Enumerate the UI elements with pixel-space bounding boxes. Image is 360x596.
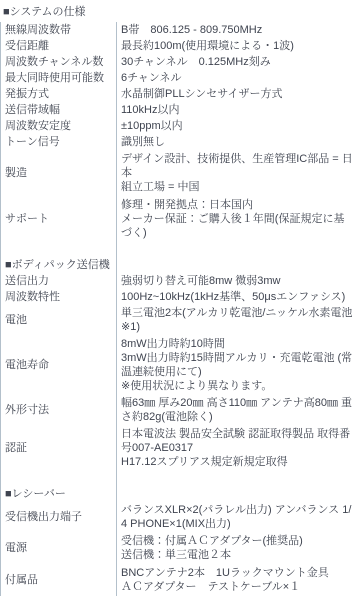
spec-label-battery-life: 電池寿命: [1, 335, 117, 395]
spec-label-transmission-bandwidth: 送信帯域幅: [1, 102, 117, 118]
spec-value-oscillation-method: 水晶制御PLLシンセサイザー方式: [117, 86, 360, 102]
spec-label-support: サポート: [1, 196, 117, 242]
section-row-bodypack-transmitter: ■ボディパック送信機: [1, 242, 360, 273]
spec-value-transmission-output: 強弱切り替え可能8mw 微弱3mw: [117, 273, 360, 289]
spec-label-accessories: 付属品: [1, 564, 117, 596]
table-row: 受信距離 最長約100m(使用環境による・1波): [1, 38, 360, 54]
spec-value-transmission-bandwidth: 110kHz以内: [117, 102, 360, 118]
table-row: 周波数安定度 ±10ppm以内: [1, 118, 360, 134]
spec-label-battery: 電池: [1, 305, 117, 335]
table-row: 電池 単三電池2本(アルカリ乾電池/ニッケル水素電池※1): [1, 305, 360, 335]
spec-value-certification: 日本電波法 製品安全試験 認証取得製品 取得番号007-AE0317 H17.1…: [117, 425, 360, 471]
spec-value-battery-life: 8mW出力時約10時間 3mW出力時約15時間アルカリ・充電乾電池 (常温連続使…: [117, 335, 360, 395]
spec-value-tone-signal: 識別無し: [117, 134, 360, 150]
spec-label-frequency-channels: 周波数チャンネル数: [1, 54, 117, 70]
spec-value-support: 修理・開発拠点：日本国内 メーカー保証：ご購入後１年間(保証規定に基づく): [117, 196, 360, 242]
spec-value-manufacturing: デザイン設計、技術提供、生産管理IC部品 = 日本 組立工場 = 中国: [117, 150, 360, 196]
spec-value-frequency-stability: ±10ppm以内: [117, 118, 360, 134]
spec-value-dimensions: 幅63㎜ 厚み20㎜ 高さ110㎜ アンテナ高80㎜ 重さ約82g(電池除く): [117, 395, 360, 425]
page-title: ■システムの仕様: [3, 5, 360, 19]
spec-label-frequency-response: 周波数特性: [1, 289, 117, 305]
spec-label-radio-frequency-band: 無線周波数帯: [1, 22, 117, 38]
table-row: 電池寿命 8mW出力時約10時間 3mW出力時約15時間アルカリ・充電乾電池 (…: [1, 335, 360, 395]
spec-value-reception-distance: 最長約100m(使用環境による・1波): [117, 38, 360, 54]
table-row: 電源 受信機：付属ＡＣアダプター(推奨品) 送信機：単三電池２本: [1, 532, 360, 564]
table-row: 認証 日本電波法 製品安全試験 認証取得製品 取得番号007-AE0317 H1…: [1, 425, 360, 471]
table-row: 送信帯域幅 110kHz以内: [1, 102, 360, 118]
section-spacer: [117, 242, 360, 273]
spec-value-frequency-channels: 30チャンネル 0.125MHz刻み: [117, 54, 360, 70]
table-row: 送信出力 強弱切り替え可能8mw 微弱3mw: [1, 273, 360, 289]
spec-table: 無線周波数帯 B帯 806.125 - 809.750MHz 受信距離 最長約1…: [0, 22, 360, 596]
table-row: 付属品 BNCアンテナ2本 1Uラックマウント金具 ＡＣアダプター テストケーブ…: [1, 564, 360, 596]
spec-value-battery: 単三電池2本(アルカリ乾電池/ニッケル水素電池※1): [117, 305, 360, 335]
spec-label-manufacturing: 製造: [1, 150, 117, 196]
table-row: 外形寸法 幅63㎜ 厚み20㎜ 高さ110㎜ アンテナ高80㎜ 重さ約82g(電…: [1, 395, 360, 425]
spec-value-receiver-output-terminal: バランスXLR×2(パラレル出力) アンバランス 1/4 PHONE×1(MIX…: [117, 502, 360, 532]
table-row: 製造 デザイン設計、技術提供、生産管理IC部品 = 日本 組立工場 = 中国: [1, 150, 360, 196]
spec-value-radio-frequency-band: B帯 806.125 - 809.750MHz: [117, 22, 360, 38]
spec-value-frequency-response: 100Hz~10kHz(1kHz基準、50μsエンファシス): [117, 289, 360, 305]
table-row: 周波数特性 100Hz~10kHz(1kHz基準、50μsエンファシス): [1, 289, 360, 305]
spec-label-oscillation-method: 発振方式: [1, 86, 117, 102]
spec-label-certification: 認証: [1, 425, 117, 471]
section-spacer: [117, 471, 360, 502]
spec-label-receiver-output-terminal: 受信機出力端子: [1, 502, 117, 532]
spec-label-reception-distance: 受信距離: [1, 38, 117, 54]
table-row: 周波数チャンネル数 30チャンネル 0.125MHz刻み: [1, 54, 360, 70]
table-row: サポート 修理・開発拠点：日本国内 メーカー保証：ご購入後１年間(保証規定に基づ…: [1, 196, 360, 242]
spec-label-power-supply: 電源: [1, 532, 117, 564]
table-row: 受信機出力端子 バランスXLR×2(パラレル出力) アンバランス 1/4 PHO…: [1, 502, 360, 532]
spec-label-max-simultaneous: 最大同時使用可能数: [1, 70, 117, 86]
table-row: トーン信号 識別無し: [1, 134, 360, 150]
spec-label-dimensions: 外形寸法: [1, 395, 117, 425]
table-row: 最大同時使用可能数 6チャンネル: [1, 70, 360, 86]
table-row: 無線周波数帯 B帯 806.125 - 809.750MHz: [1, 22, 360, 38]
section-row-receiver: ■レシーバー: [1, 471, 360, 502]
spec-value-accessories: BNCアンテナ2本 1Uラックマウント金具 ＡＣアダプター テストケーブル×１: [117, 564, 360, 596]
spec-value-max-simultaneous: 6チャンネル: [117, 70, 360, 86]
spec-label-frequency-stability: 周波数安定度: [1, 118, 117, 134]
table-row: 発振方式 水晶制御PLLシンセサイザー方式: [1, 86, 360, 102]
section-title-bodypack-transmitter: ■ボディパック送信機: [1, 242, 117, 273]
spec-label-transmission-output: 送信出力: [1, 273, 117, 289]
section-title-receiver: ■レシーバー: [1, 471, 117, 502]
spec-value-power-supply: 受信機：付属ＡＣアダプター(推奨品) 送信機：単三電池２本: [117, 532, 360, 564]
spec-label-tone-signal: トーン信号: [1, 134, 117, 150]
